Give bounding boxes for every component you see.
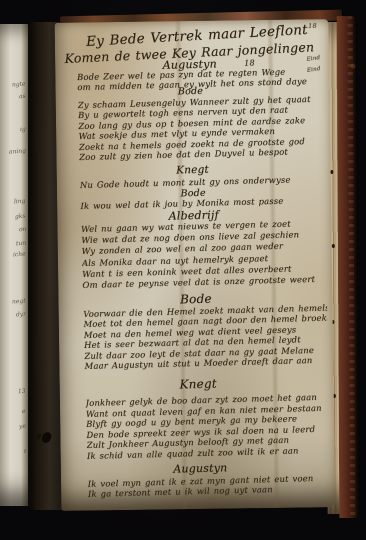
binding-speck <box>332 244 335 248</box>
scene-number: 18 <box>244 58 255 67</box>
dialogue-block: Jonkheer gelyk de boo daar zyt zoo moet … <box>85 392 331 462</box>
facing-text-fragment: negt <box>12 299 26 306</box>
facing-text-fragment: e <box>22 409 26 415</box>
book-cover-right-edge <box>337 16 360 518</box>
facing-text-fragment: ling <box>14 199 26 206</box>
dialogue-block: Zy schaam Leusengeluy Wanneer zult gy he… <box>78 94 324 163</box>
dialogue-block: Wel nu gaan wy wat nieuws te vergen te z… <box>81 218 327 292</box>
facing-text-fragment: gks <box>15 214 26 221</box>
binding-speck <box>330 170 333 174</box>
facing-text-fragment: iche <box>13 252 26 259</box>
facing-text-fragment: as <box>19 94 26 100</box>
facing-text-fragment: 13 <box>18 389 26 396</box>
handwriting-layer: 18 Ey Bede Vertrek maar Leeflont Komen d… <box>52 17 339 512</box>
dialogue-block: Voorwaar die den Hemel zoekt maakt van d… <box>83 303 329 372</box>
photo-background: ngte as ig aning ling gks on tun iche ne… <box>0 0 366 540</box>
page-number: 18 <box>308 22 317 30</box>
manuscript-page: 18 Ey Bede Vertrek maar Leeflont Komen d… <box>55 19 336 511</box>
facing-text-fragment: on <box>18 227 26 234</box>
facing-text-fragment: ig <box>20 127 26 133</box>
facing-text-fragment: ngte <box>12 82 26 89</box>
facing-text-fragment: ye <box>19 424 26 430</box>
facing-text-fragment: tun <box>16 241 27 248</box>
facing-text-fragment: dyr <box>16 312 27 319</box>
facing-page-edge: ngte as ig aning ling gks on tun iche ne… <box>0 24 30 506</box>
facing-text-fragment: aning <box>9 148 26 155</box>
facing-text-fragment: t <box>23 449 26 455</box>
